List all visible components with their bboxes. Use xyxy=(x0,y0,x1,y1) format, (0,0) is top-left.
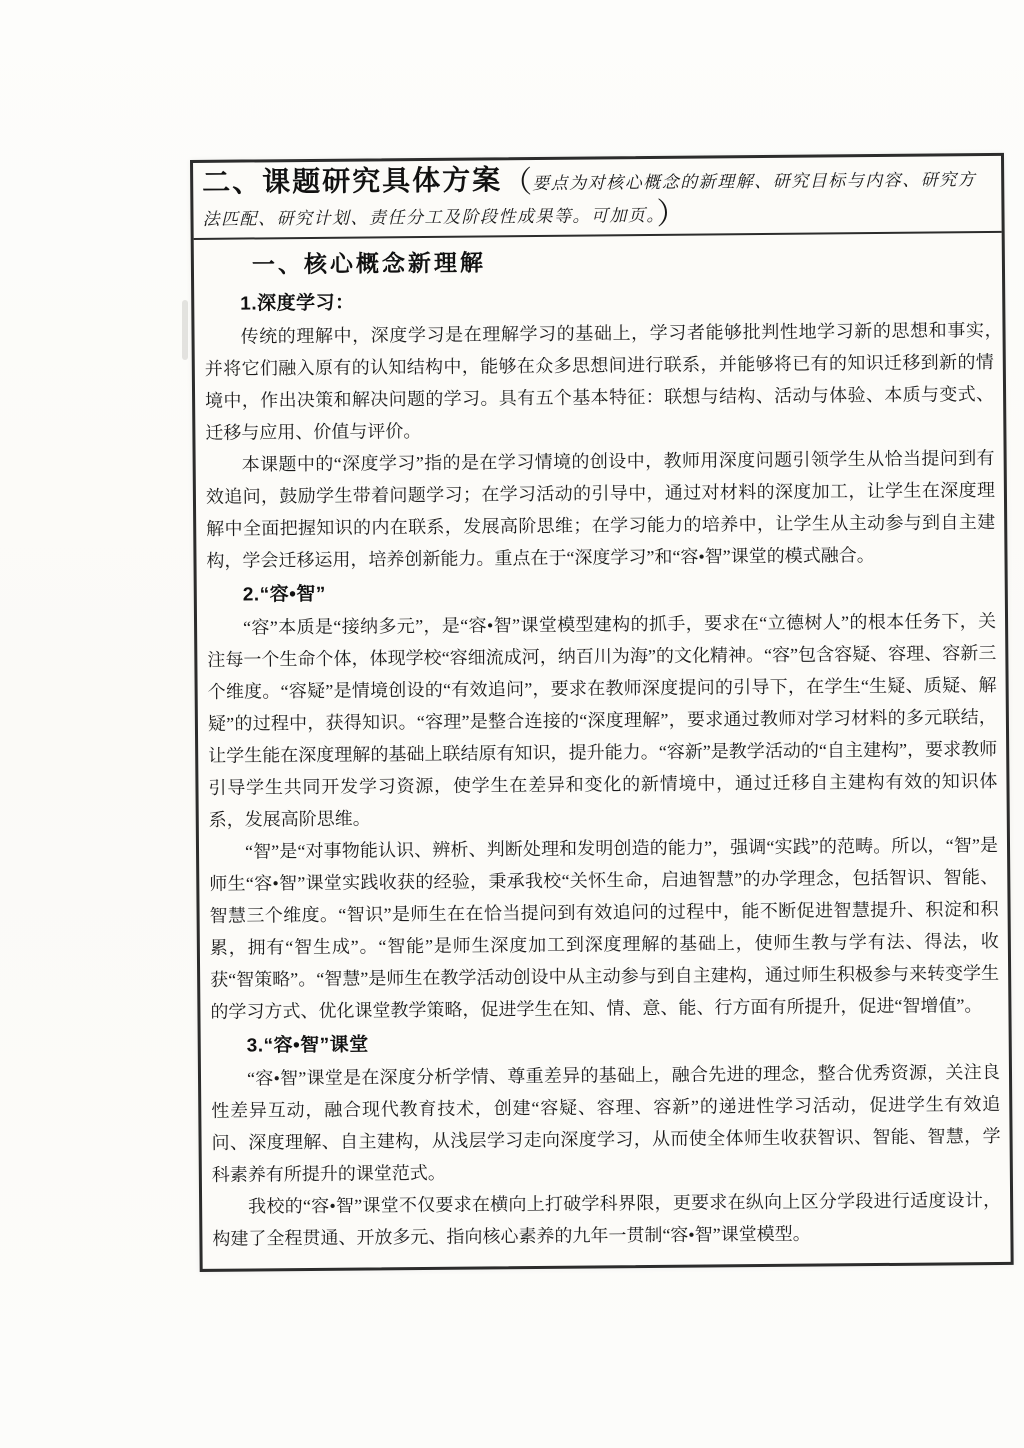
section-title: 二、课题研究具体方案 xyxy=(202,164,502,198)
core-concepts-heading: 一、核心概念新理解 xyxy=(204,241,993,282)
paragraph: 本课题中的“深度学习”指的是在学习情境的创设中，教师用深度问题引领学生从恰当提问… xyxy=(206,442,996,577)
paragraph: “容”本质是“接纳多元”，是“容•智”课堂模型建构的抓手，要求在“立德树人”的根… xyxy=(207,605,998,836)
text-blocks: 1.深度学习：传统的理解中，深度学习是在理解学习的基础上，学习者能够批判性地学习… xyxy=(204,281,1001,1255)
paren-close: ） xyxy=(656,198,686,231)
document-table: 二、课题研究具体方案（要点为对核心概念的新理解、研究目标与内容、研究方法匹配、研… xyxy=(190,153,1014,1272)
paragraph: “容•智”课堂是在深度分析学情、尊重差异的基础上，融合先进的理念，整合优秀资源，… xyxy=(211,1056,1001,1191)
section-header: 二、课题研究具体方案（要点为对核心概念的新理解、研究目标与内容、研究方法匹配、研… xyxy=(193,156,1002,240)
paren-open: （ xyxy=(502,166,532,199)
scanned-document-page: 二、课题研究具体方案（要点为对核心概念的新理解、研究目标与内容、研究方法匹配、研… xyxy=(0,0,1024,1448)
document-body: 一、核心概念新理解 1.深度学习：传统的理解中，深度学习是在理解学习的基础上，学… xyxy=(194,233,1011,1269)
paragraph: 传统的理解中，深度学习是在理解学习的基础上，学习者能够批判性地学习新的思想和事实… xyxy=(204,314,994,449)
paragraph: 我校的“容•智”课堂不仅要求在横向上打破学科界限，更要求在纵向上区分学段进行适度… xyxy=(212,1184,1002,1255)
paragraph: “智”是“对事物能认识、辨析、判断处理和发明创造的能力”，强调“实践”的范畴。所… xyxy=(209,829,1000,1028)
scan-artifact xyxy=(182,300,188,360)
